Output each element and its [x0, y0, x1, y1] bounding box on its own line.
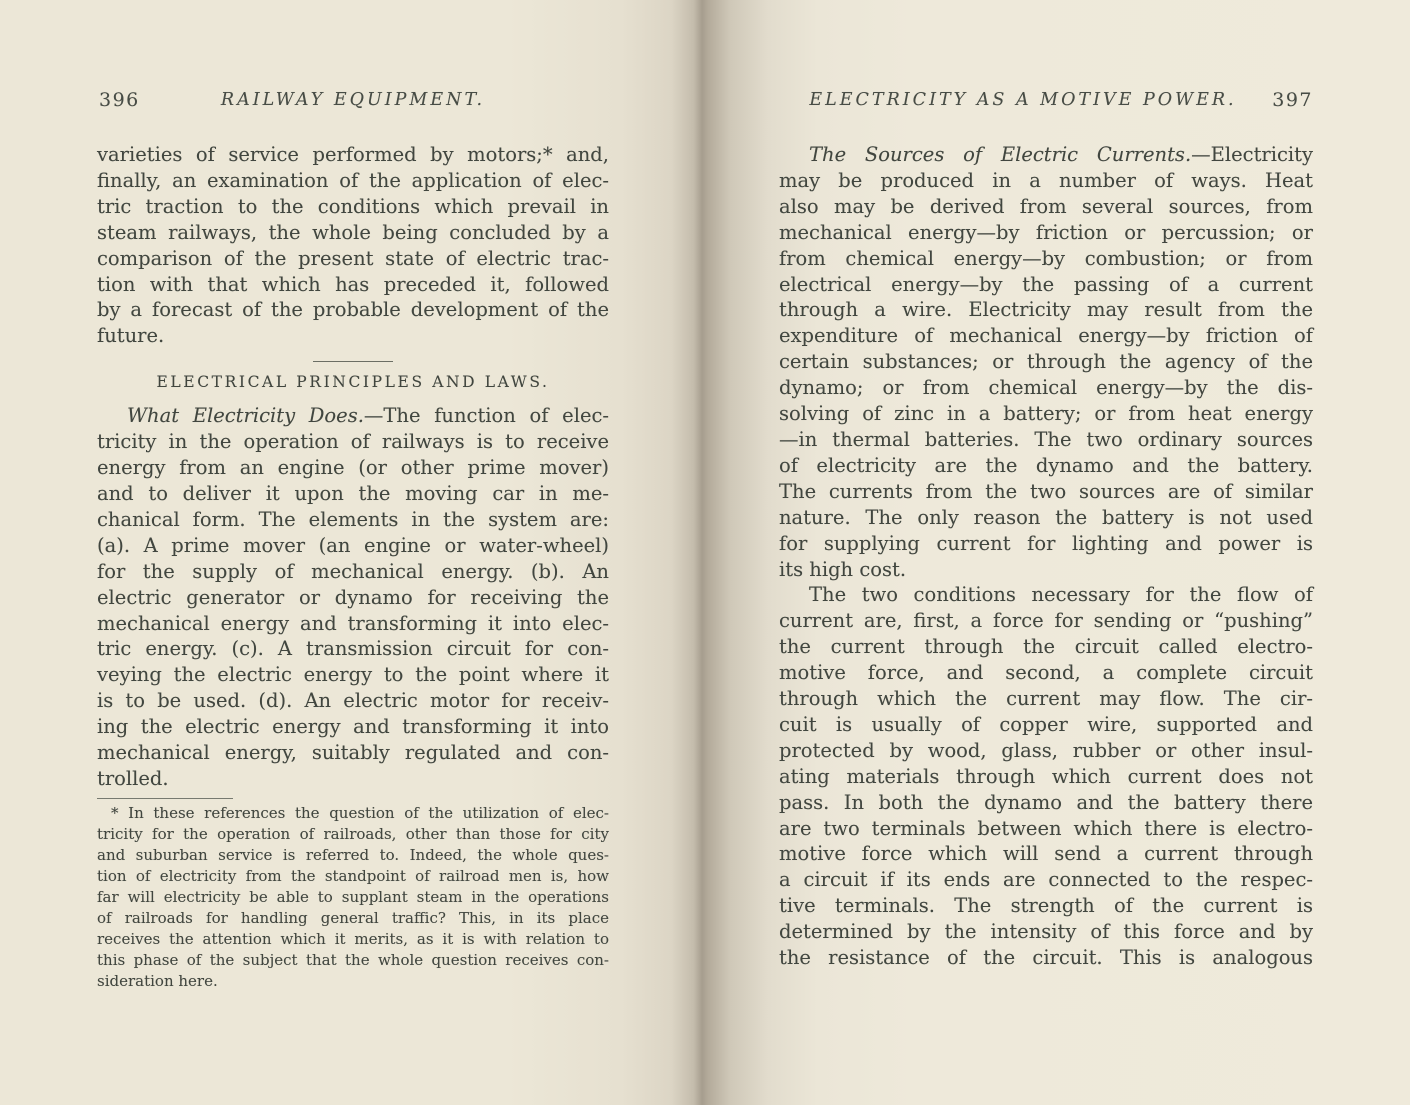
text-line: expenditure of mechanical energy—by fric…	[779, 323, 1313, 349]
text-line: mechanical energy and transforming it in…	[97, 611, 609, 637]
text-line: tric energy. (c). A transmission circuit…	[97, 636, 609, 662]
text-line: comparison of the present state of elect…	[97, 246, 609, 272]
text-line: tric traction to the conditions which pr…	[97, 194, 609, 220]
text-line: its high cost.	[779, 557, 1313, 583]
text-line: through a wire. Electricity may result f…	[779, 297, 1313, 323]
paragraph-lead-italic: The Sources of Electric Currents.	[809, 143, 1191, 166]
text-line: electrical energy—by the passing of a cu…	[779, 272, 1313, 298]
text-line: tion with that which has preceded it, fo…	[97, 272, 609, 298]
text-line: mechanical energy—by friction or percuss…	[779, 220, 1313, 246]
text-line: certain substances; or through the agenc…	[779, 349, 1313, 375]
text-line: veying the electric energy to the point …	[97, 662, 609, 688]
text-line: by a forecast of the probable developmen…	[97, 297, 609, 323]
text-line: the resistance of the circuit. This is a…	[779, 945, 1313, 971]
text-line: a circuit if its ends are connected to t…	[779, 867, 1313, 893]
running-head-left: 396 RAILWAY EQUIPMENT.	[97, 90, 609, 116]
footnote: * In these references the question of th…	[97, 803, 609, 992]
text-line: finally, an examination of the applicati…	[97, 168, 609, 194]
text-line: protected by wood, glass, rubber or othe…	[779, 738, 1313, 764]
text-line: for supplying current for lighting and p…	[779, 531, 1313, 557]
text-line: may be produced in a number of ways. Hea…	[779, 168, 1313, 194]
text-line: motive force, and second, a complete cir…	[779, 660, 1313, 686]
text-line: What Electricity Does.—The function of e…	[97, 403, 609, 429]
text-line: pass. In both the dynamo and the battery…	[779, 790, 1313, 816]
book-spread: 396 RAILWAY EQUIPMENT. varieties of serv…	[0, 0, 1410, 1105]
text-line: solving of zinc in a battery; or from he…	[779, 401, 1313, 427]
text-line: the current through the circuit called e…	[779, 634, 1313, 660]
text-line: The two conditions necessary for the flo…	[779, 582, 1313, 608]
text-line: determined by the intensity of this forc…	[779, 919, 1313, 945]
text-line: The currents from the two sources are of…	[779, 479, 1313, 505]
text-line: steam railways, the whole being conclude…	[97, 220, 609, 246]
text-line: from chemical energy—by combustion; or f…	[779, 246, 1313, 272]
running-title-right: ELECTRICITY AS A MOTIVE POWER.	[779, 90, 1267, 110]
text-line: dynamo; or from chemical energy—by the d…	[779, 375, 1313, 401]
text-line: of electricity are the dynamo and the ba…	[779, 453, 1313, 479]
text-line: and suburban service is referred to. Ind…	[97, 845, 609, 866]
text-line: motive force which will send a current t…	[779, 841, 1313, 867]
page-left: 396 RAILWAY EQUIPMENT. varieties of serv…	[97, 90, 609, 992]
text-line: this phase of the subject that the whole…	[97, 950, 609, 971]
section-heading: ELECTRICAL PRINCIPLES AND LAWS.	[97, 373, 609, 391]
text-line: mechanical energy, suitably regulated an…	[97, 740, 609, 766]
text-line: energy from an engine (or other prime mo…	[97, 455, 609, 481]
text-line: (a). A prime mover (an engine or water-w…	[97, 533, 609, 559]
text-line: for the supply of mechanical energy. (b)…	[97, 559, 609, 585]
text-line: sideration here.	[97, 971, 609, 992]
text-line: ating materials through which current do…	[779, 764, 1313, 790]
text-line: of railroads for handling general traffi…	[97, 908, 609, 929]
text-line: tive terminals. The strength of the curr…	[779, 893, 1313, 919]
running-head-right: ELECTRICITY AS A MOTIVE POWER. 397	[779, 90, 1313, 116]
text-line: through which the current may flow. The …	[779, 686, 1313, 712]
text-line: future.	[97, 323, 609, 349]
text-line: and to deliver it upon the moving car in…	[97, 481, 609, 507]
text-line: —in thermal batteries. The two ordinary …	[779, 427, 1313, 453]
text-line: tion of electricity from the standpoint …	[97, 866, 609, 887]
paragraph-sources-of-electric-currents: The Sources of Electric Currents.—Electr…	[779, 142, 1313, 582]
text-line: current are, first, a force for sending …	[779, 608, 1313, 634]
paragraph-two-conditions: The two conditions necessary for the flo…	[779, 582, 1313, 971]
text-line: varieties of service performed by motors…	[97, 142, 609, 168]
section-divider-rule	[313, 361, 393, 362]
text-line: receives the attention which it merits, …	[97, 929, 609, 950]
text-line: tricity in the operation of railways is …	[97, 429, 609, 455]
text-line: trolled.	[97, 766, 609, 792]
text-line: * In these references the question of th…	[97, 803, 609, 824]
paragraph-lead-italic: What Electricity Does.	[127, 404, 364, 427]
text-line: chanical form. The elements in the syste…	[97, 507, 609, 533]
paragraph-intro: varieties of service performed by motors…	[97, 142, 609, 349]
text-line: tricity for the operation of railroads, …	[97, 824, 609, 845]
running-title-left: RAILWAY EQUIPMENT.	[97, 90, 609, 110]
text-line: nature. The only reason the battery is n…	[779, 505, 1313, 531]
text-line: are two terminals between which there is…	[779, 816, 1313, 842]
page-right: ELECTRICITY AS A MOTIVE POWER. 397 The S…	[779, 90, 1313, 971]
page-number-right: 397	[1272, 89, 1313, 111]
text-line: The Sources of Electric Currents.—Electr…	[779, 142, 1313, 168]
text-line: far will electricity be able to supplant…	[97, 887, 609, 908]
text-line: is to be used. (d). An electric motor fo…	[97, 688, 609, 714]
paragraph-what-electricity-does: What Electricity Does.—The function of e…	[97, 403, 609, 792]
text-line: also may be derived from several sources…	[779, 194, 1313, 220]
text-line: cuit is usually of copper wire, supporte…	[779, 712, 1313, 738]
text-line: ing the electric energy and transforming…	[97, 714, 609, 740]
footnote-rule	[97, 798, 233, 799]
text-line: electric generator or dynamo for receivi…	[97, 585, 609, 611]
